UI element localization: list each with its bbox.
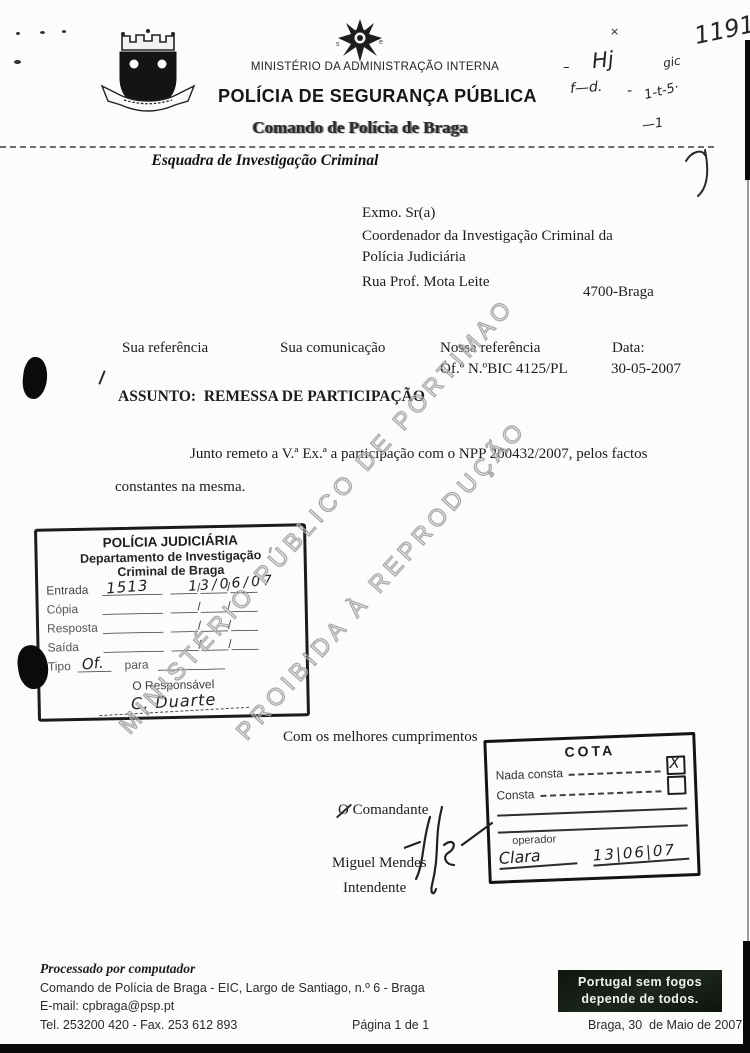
cota-nada-consta-label: Nada consta (495, 766, 563, 783)
cota-blank-line (497, 807, 687, 816)
your-communication-label: Sua comunicação (280, 340, 385, 357)
pj-entry-stamp: POLÍCIA JUDICIÁRIA Departamento de Inves… (34, 523, 310, 722)
handwritten-operator-date: 13|06|07 (592, 840, 689, 867)
scan-edge-bar-right-bottom (743, 941, 750, 1053)
handwritten-scribble: – (563, 60, 570, 75)
pj-row-date-blank: ____/____/____ (171, 617, 258, 633)
recipient-postal-city: 4700-Braga (583, 284, 654, 301)
commander-rank: Intendente (343, 880, 406, 897)
pj-stamp-row-tipo: Tipo_____ para __________ Of. (48, 655, 298, 679)
footer-address: Comando de Polícia de Braga - EIC, Largo… (40, 981, 425, 995)
handwritten-scribble: gic (662, 54, 682, 71)
command-title: Comando de Polícia de Braga (170, 118, 550, 138)
scan-artifact-blob (21, 356, 49, 400)
scan-speck (14, 60, 21, 64)
pj-row-label: Entrada (46, 583, 102, 598)
pj-row-label: Resposta (47, 621, 103, 636)
cota-stamp: COTA Nada consta X Consta operador Clara… (483, 732, 700, 884)
dotted-leader (540, 780, 661, 797)
date-label: Data: (612, 340, 644, 357)
dotted-leader (569, 760, 661, 776)
handwritten-entry-number: 1513 (106, 577, 149, 598)
handwritten-scribble: - (627, 83, 632, 99)
cota-consta-label: Consta (496, 787, 535, 802)
handwritten-signature (404, 793, 496, 901)
pj-para-label: para (124, 658, 148, 673)
pj-para-blank: __________ (158, 656, 225, 671)
handwritten-tick-mark (98, 370, 105, 385)
scan-speck (40, 31, 45, 34)
pj-row-date-blank: ____/____/____ (171, 636, 258, 652)
recipient-line1: Coordenador da Investigação Criminal da (362, 226, 613, 247)
pj-row-date-blank: ____/____/____ (171, 598, 258, 614)
ministry-title: MINISTÉRIO DA ADMINISTRAÇÃO INTERNA (175, 61, 575, 73)
recipient-street: Rua Prof. Mota Leite (362, 272, 613, 293)
subject-line: ASSUNTO: REMESSA DE PARTICIPAÇÃO (118, 388, 425, 406)
date-value: 30-05-2007 (611, 361, 681, 378)
header-divider (0, 146, 714, 148)
svg-text:s: s (336, 41, 340, 48)
svg-text:e: e (379, 39, 383, 46)
scan-speck (62, 30, 66, 33)
handwritten-scribble: Hj (591, 47, 615, 73)
recipient-line2: Polícia Judiciária (362, 247, 613, 268)
footer-phone-fax: Tel. 253200 420 - Fax. 253 612 893 (40, 1018, 237, 1032)
fire-campaign-banner: Portugal sem fogos depende de todos. (558, 970, 722, 1012)
our-reference-value: Of.º N.ºBIC 4125/PL (440, 361, 568, 378)
handwritten-tipo-value: Of. (81, 654, 104, 674)
pj-row-value-blank: _________ (103, 600, 163, 615)
compliments-line: Com os melhores cumprimentos (283, 729, 478, 746)
handwritten-check-mark: X (669, 754, 680, 772)
scan-edge-line-right (747, 180, 749, 941)
scan-edge-bar-bottom (0, 1044, 750, 1053)
scanned-letter-page: s e MINISTÉRIO DA ADMINISTRAÇÃO INTERNA … (0, 0, 750, 1053)
psp-emblem-icon: s e (336, 18, 384, 64)
consta-checkbox (667, 775, 687, 795)
squad-title: Esquadra de Investigação Criminal (105, 152, 425, 170)
footer-email: E-mail: cpbraga@psp.pt (40, 999, 174, 1013)
campaign-line2: depende de todos. (558, 991, 722, 1008)
pj-row-value-blank: _________ (103, 638, 163, 653)
recipient-block: Exmo. Sr(a) Coordenador da Investigação … (362, 203, 613, 293)
pj-row-label: Tipo (48, 659, 78, 674)
police-force-title: POLÍCIA DE SEGURANÇA PÚBLICA (170, 86, 585, 107)
pj-row-label: Cópia (47, 602, 103, 617)
your-reference-label: Sua referência (122, 340, 208, 357)
handwritten-operator-name: Clara (498, 843, 577, 870)
handwritten-scribble: × (610, 25, 619, 38)
processed-note: Processado por computador (40, 961, 195, 977)
body-line1: Junto remeto a V.ª Ex.ª a participação c… (190, 446, 648, 463)
scan-speck (16, 32, 20, 35)
psp-emblem: s e (336, 18, 384, 64)
handwritten-scribble: 1-t-5· (643, 80, 681, 103)
our-reference-label: Nossa referência (440, 340, 540, 357)
handwritten-page-number: 1191 (692, 10, 750, 50)
recipient-salutation: Exmo. Sr(a) (362, 203, 613, 224)
scan-edge-bar-right-top (745, 40, 750, 180)
campaign-line1: Portugal sem fogos (558, 974, 722, 991)
body-line2: constantes na mesma. (115, 479, 245, 496)
page-indicator: Página 1 de 1 (352, 1018, 429, 1032)
pj-row-label: Saída (47, 640, 103, 655)
pj-row-value-blank: _________ (103, 619, 163, 634)
footer-place-date: Braga, 30 de Maio de 2007 (588, 1018, 742, 1032)
nada-consta-checkbox: X (666, 755, 686, 775)
handwritten-scribble: —1 (641, 116, 664, 134)
handwritten-bracket-mark (683, 143, 711, 201)
cota-operator-row: operador Clara 13|06|07 (498, 828, 689, 868)
handwritten-scribble: f—d. (569, 79, 602, 97)
